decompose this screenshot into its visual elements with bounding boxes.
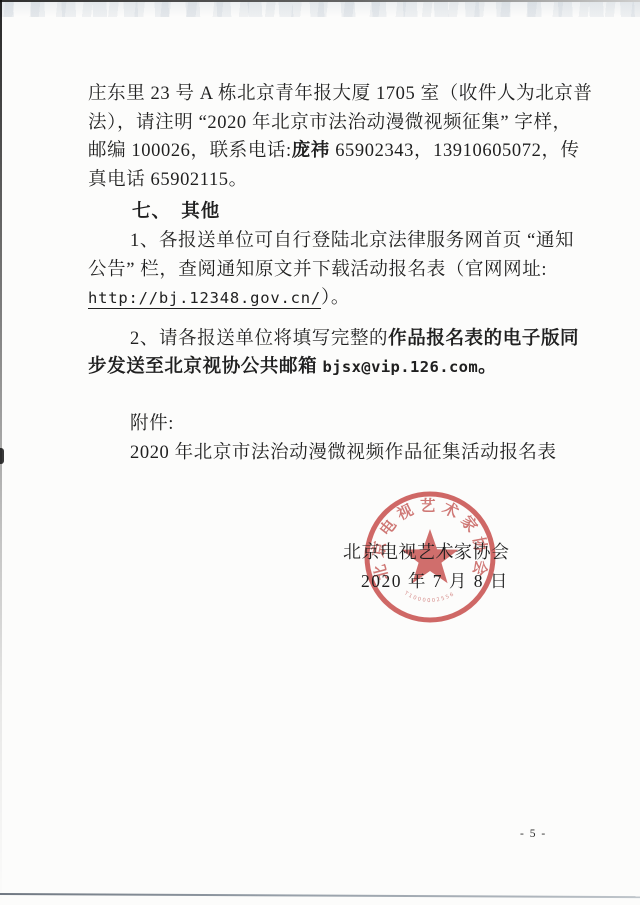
- attachment-title: 2020 年北京市法治动漫微视频作品征集活动报名表: [88, 439, 588, 468]
- item1-line: 公告” 栏，查阅通知原文并下载活动报名表（官网网址:: [88, 256, 588, 285]
- signature-date: 2020 年 7 月 8 日: [361, 568, 509, 593]
- item1-line: 1、各报送单位可自行登陆北京法律服务网首页 “通知: [88, 227, 588, 256]
- item1-url-line: http://bj.12348.gov.cn/）。: [88, 284, 588, 313]
- contact-email: bjsx@vip.126.com: [322, 358, 478, 376]
- item2-line: 步发送至北京视协公共邮箱 bjsx@vip.126.com。: [88, 353, 588, 382]
- paragraph-line: 邮编 100026，联系电话:庞祎 65902343，13910605072，传: [88, 137, 588, 166]
- url-suffix: ）。: [321, 288, 350, 308]
- document-body: 庄东里 23 号 A 栋北京青年报大厦 1705 室（收件人为北京普 法），请注…: [88, 80, 588, 467]
- scan-artifact-bottom-edge: [0, 893, 640, 898]
- contact-name: 庞祎: [292, 141, 330, 161]
- official-website-url: http://bj.12348.gov.cn/: [88, 289, 321, 309]
- item2-bold-text: 。: [478, 357, 497, 377]
- item2-bold-text: 作品报名表的电子版同: [388, 329, 579, 349]
- paragraph-line: 庄东里 23 号 A 栋北京青年报大厦 1705 室（收件人为北京普: [88, 80, 588, 109]
- item2-bold-text: 步发送至北京视协公共邮箱: [88, 357, 322, 377]
- scan-artifact-left-blob: [0, 448, 4, 464]
- item2-line: 2、请各报送单位将填写完整的作品报名表的电子版同: [88, 325, 588, 354]
- paragraph-line: 真电话 65902115。: [88, 166, 588, 195]
- contact-line-post: 65902343，13910605072，传: [330, 141, 580, 161]
- scan-artifact-top-mottle: [0, 2, 640, 17]
- paragraph-line: 法），请注明 “2020 年北京市法治动漫微视频征集” 字样，: [88, 109, 588, 138]
- scanned-document-page: 庄东里 23 号 A 栋北京青年报大厦 1705 室（收件人为北京普 法），请注…: [0, 0, 640, 905]
- signature-organization: 北京电视艺术家协会: [343, 538, 510, 564]
- section-heading: 七、 其他: [88, 198, 588, 227]
- attachment-label: 附件:: [88, 410, 588, 439]
- contact-line-pre: 邮编 100026，联系电话:: [88, 141, 292, 161]
- item2-regular-text: 2、请各报送单位将填写完整的: [130, 329, 388, 349]
- page-number: - 5 -: [520, 828, 547, 840]
